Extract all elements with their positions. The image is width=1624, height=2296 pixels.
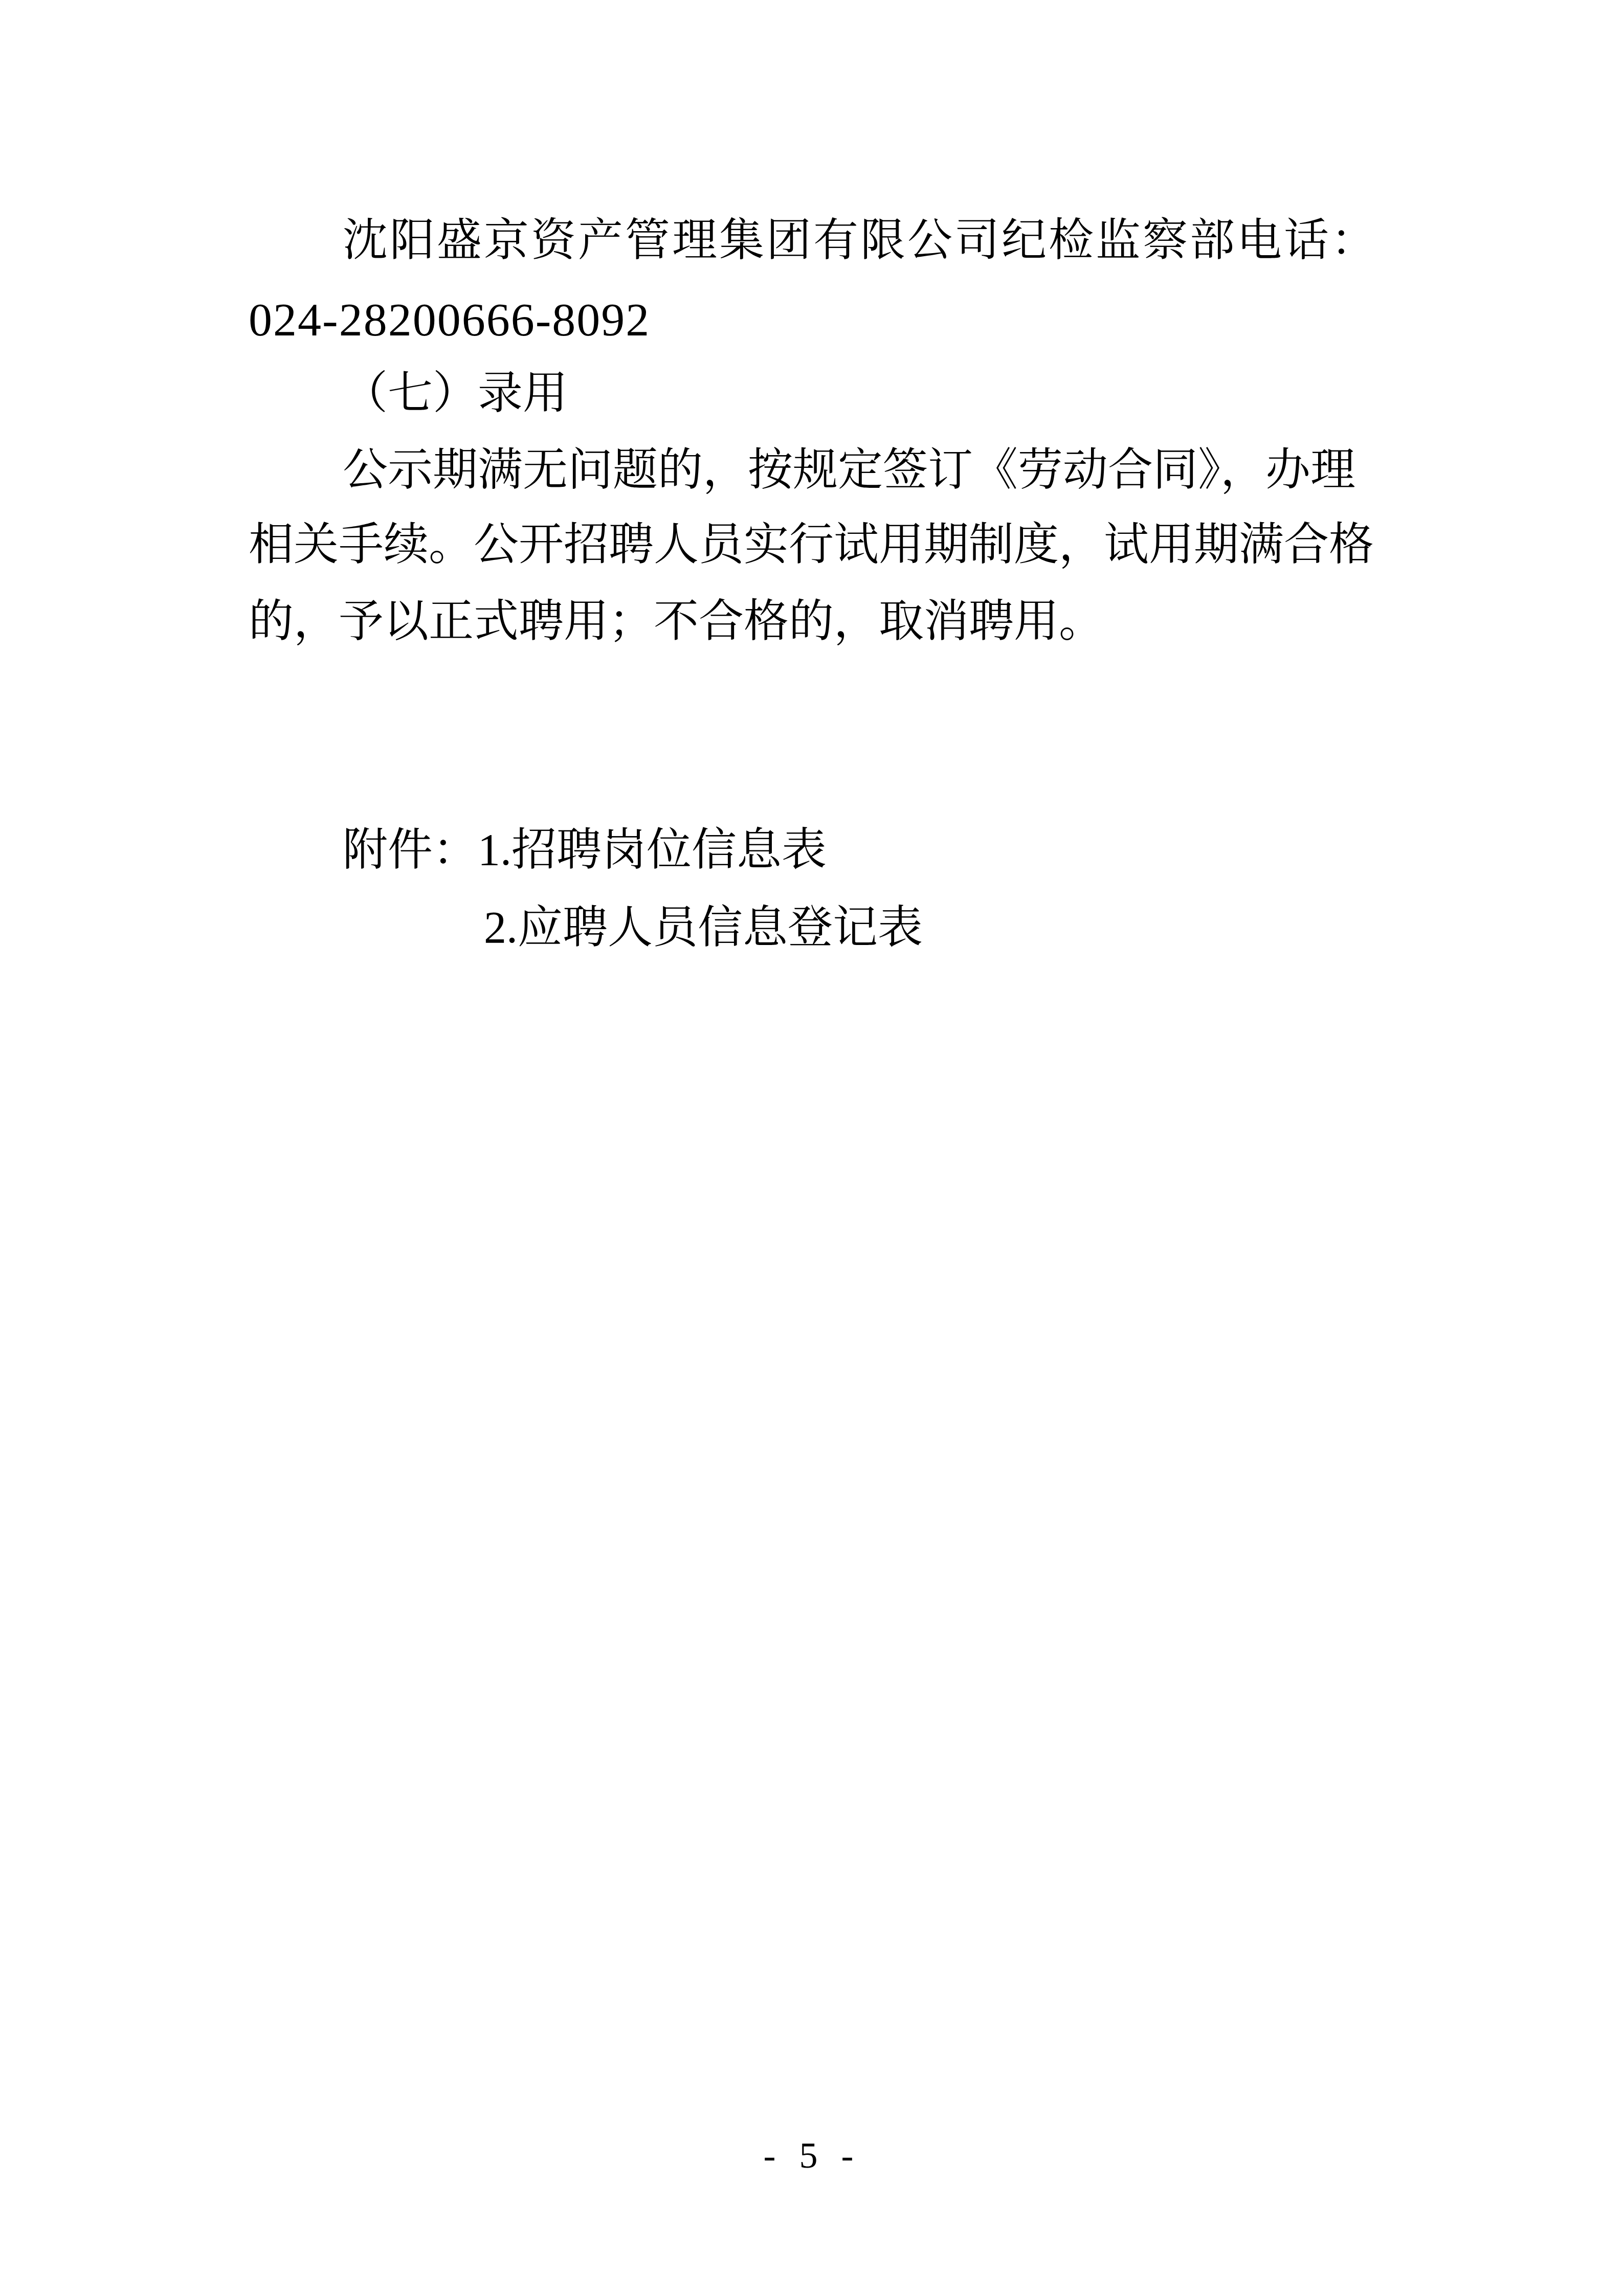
paragraph-line-3: 的，予以正式聘用；不合格的，取消聘用。: [249, 583, 1104, 660]
attachment-list-item-1: 附件：1.招聘岗位信息表: [343, 812, 827, 889]
section-7-heading: （七）录用: [343, 355, 568, 432]
contact-phone-number: 024-28200666-8092: [249, 281, 650, 358]
attachment-list-item-2: 2.应聘人员信息登记表: [484, 890, 923, 966]
document-page: 沈阳盛京资产管理集团有限公司纪检监察部电话： 024-28200666-8092…: [0, 0, 1624, 2296]
contact-phone-intro-line: 沈阳盛京资产管理集团有限公司纪检监察部电话：: [343, 202, 1378, 279]
page-number: - 5 -: [0, 2127, 1624, 2184]
paragraph-line-2: 相关手续。公开招聘人员实行试用期制度，试用期满合格: [249, 507, 1374, 583]
paragraph-line-1: 公示期满无问题的，按规定签订《劳动合同》，办理: [343, 432, 1355, 509]
